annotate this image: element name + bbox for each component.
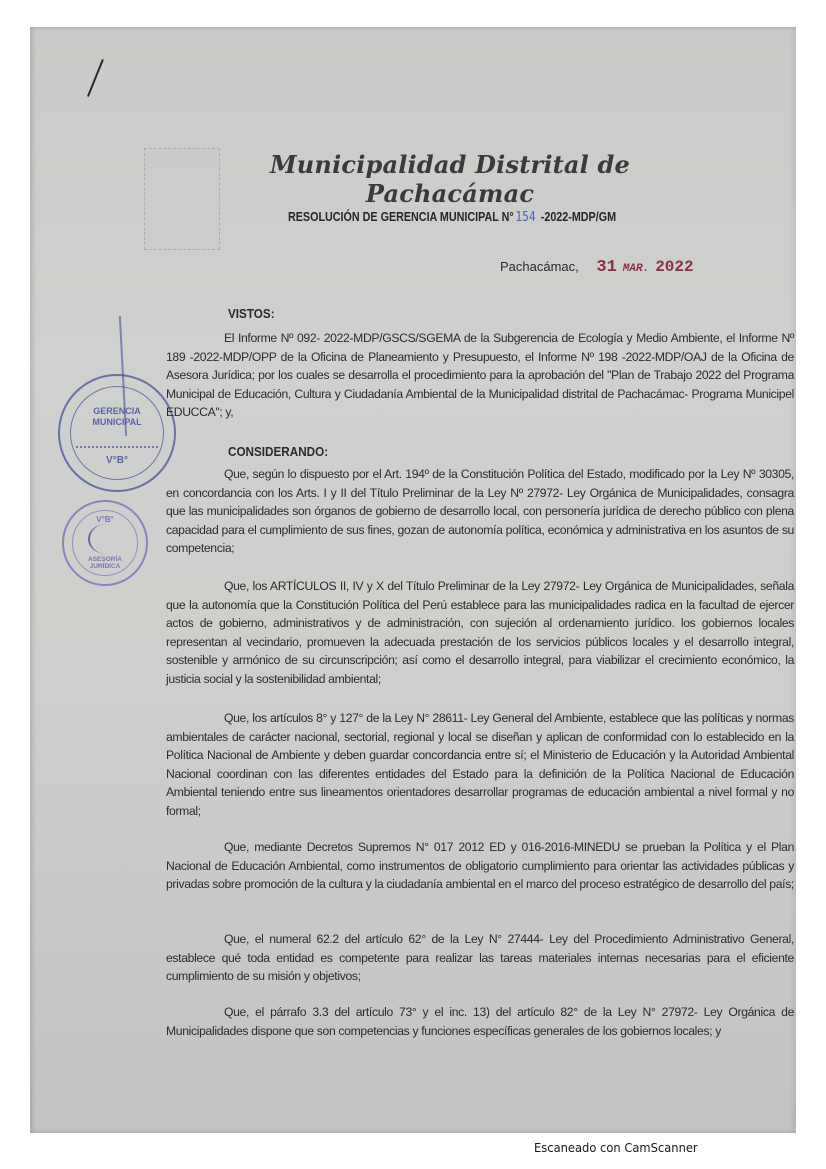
stamp-signature-line xyxy=(76,446,158,448)
paragraph-text: Que, los ARTÍCULOS II, IV y X del Título… xyxy=(166,579,794,686)
vistos-paragraph: El Informe Nº 092- 2022-MDP/GSCS/SGEMA d… xyxy=(166,329,794,422)
date-day: 31 xyxy=(596,258,616,277)
institution-title: Municipalidad Distrital de Pachacámac xyxy=(230,150,670,208)
resolution-prefix: RESOLUCIÓN DE GERENCIA MUNICIPAL N° xyxy=(288,210,514,224)
date-place: Pachacámac, xyxy=(500,259,579,274)
considerando-paragraph: Que, los artículos 8° y 127° de la Ley N… xyxy=(166,709,794,820)
pen-mark xyxy=(87,59,104,97)
date-line: Pachacámac, 31MAR.2022 xyxy=(500,258,694,277)
date-stamp: 31MAR.2022 xyxy=(596,260,693,275)
resolution-number: 154 xyxy=(515,210,535,225)
paragraph-text: Que, el numeral 62.2 del artículo 62° de… xyxy=(166,932,794,983)
considerando-paragraph: Que, según lo dispuesto por el Art. 194º… xyxy=(166,465,794,558)
resolution-title: RESOLUCIÓN DE GERENCIA MUNICIPAL N°154-2… xyxy=(288,210,616,225)
considerando-paragraph: Que, el numeral 62.2 del artículo 62° de… xyxy=(166,930,794,986)
date-year: 2022 xyxy=(655,258,693,276)
paragraph-text: El Informe Nº 092- 2022-MDP/GSCS/SGEMA d… xyxy=(166,331,794,419)
asesoria-juridica-stamp: V°B° ASESORÍA JURÍDICA xyxy=(62,500,148,586)
stamp-line: MUNICIPAL xyxy=(60,417,174,428)
stamp-line: ASESORÍA xyxy=(64,556,146,563)
considerando-paragraph: Que, el párrafo 3.3 del artículo 73° y e… xyxy=(166,1003,794,1040)
vistos-heading: VISTOS: xyxy=(228,306,275,321)
considerando-paragraph: Que, mediante Decretos Supremos N° 017 2… xyxy=(166,838,794,894)
paragraph-text: Que, según lo dispuesto por el Art. 194º… xyxy=(166,467,794,555)
signature-icon xyxy=(88,524,124,554)
considerando-paragraph: Que, los ARTÍCULOS II, IV y X del Título… xyxy=(166,577,794,688)
camscanner-watermark: Escaneado con CamScanner xyxy=(534,1140,698,1155)
paragraph-text: Que, mediante Decretos Supremos N° 017 2… xyxy=(166,840,794,891)
gerencia-municipal-stamp: GERENCIA MUNICIPAL V°B° xyxy=(58,374,176,492)
paragraph-text: Que, el párrafo 3.3 del artículo 73° y e… xyxy=(166,1005,794,1038)
stamp-center-text: ASESORÍA JURÍDICA xyxy=(64,556,146,570)
stamp-center-text: GERENCIA MUNICIPAL xyxy=(60,406,174,428)
considerando-heading: CONSIDERANDO: xyxy=(228,444,328,459)
stamp-approval: V°B° xyxy=(60,455,174,466)
paragraph-text: Que, los artículos 8° y 127° de la Ley N… xyxy=(166,711,794,818)
faint-municipal-logo xyxy=(144,148,220,250)
stamp-line: JURÍDICA xyxy=(64,563,146,570)
resolution-suffix: -2022-MDP/GM xyxy=(541,210,616,224)
date-month: MAR. xyxy=(623,263,649,275)
stamp-line: GERENCIA xyxy=(60,406,174,417)
